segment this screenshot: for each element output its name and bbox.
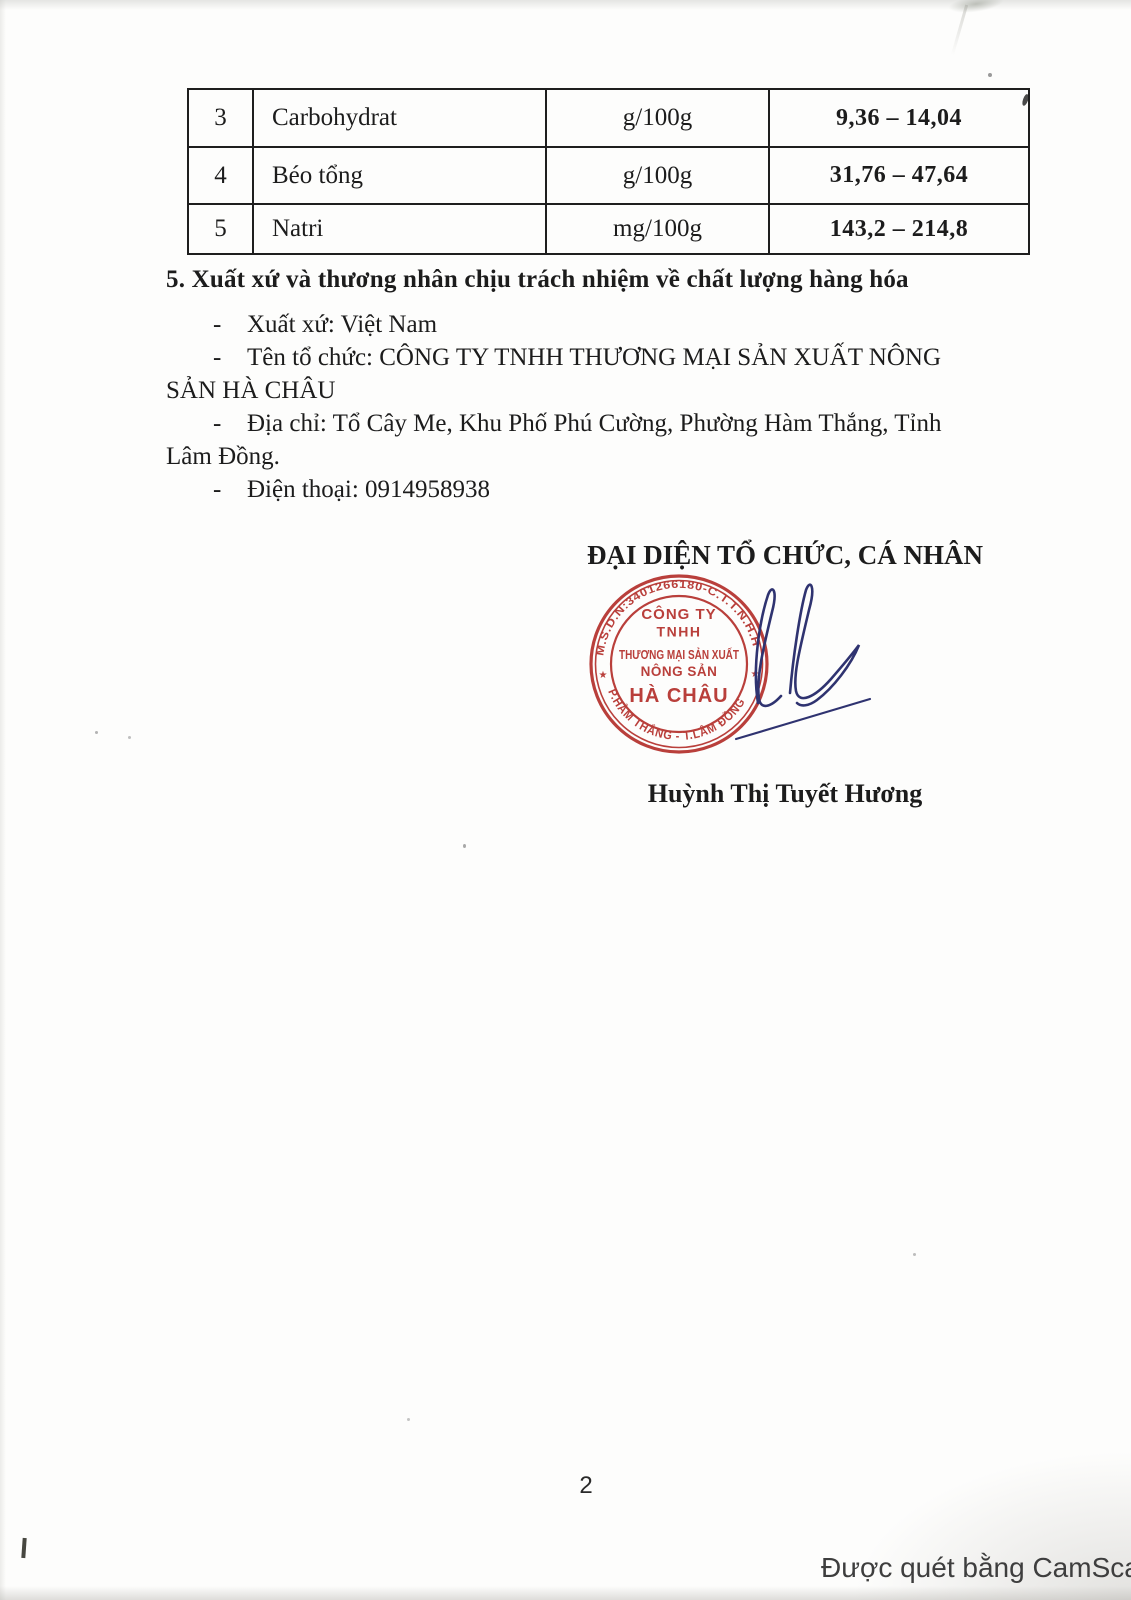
row-index-cell: 5	[188, 204, 253, 254]
star-icon: ★	[599, 670, 608, 681]
row-index-cell: 3	[188, 89, 253, 147]
origin-item-text: Tên tổ chức: CÔNG TY TNHH THƯƠNG MẠI SẢN…	[247, 344, 941, 371]
origin-item: -Tên tổ chức: CÔNG TY TNHH THƯƠNG MẠI SẢ…	[0, 341, 1131, 374]
origin-item-text: Xuất xứ: Việt Nam	[247, 311, 437, 338]
nutrient-name-cell: Béo tổng	[253, 147, 546, 204]
origin-item-continuation: Lâm Đồng.	[0, 440, 1131, 473]
handwritten-signature-ink	[700, 575, 930, 765]
unit-cell: g/100g	[546, 89, 769, 147]
bullet-dash: -	[213, 473, 247, 506]
nutrient-name-cell: Carbohydrat	[253, 89, 546, 147]
scan-speck	[128, 736, 131, 739]
origin-item: -Điện thoại: 0914958938	[0, 473, 1131, 506]
row-index-cell: 4	[188, 147, 253, 204]
origin-item: -Xuất xứ: Việt Nam	[0, 308, 1131, 341]
origin-details-list: -Xuất xứ: Việt Nam -Tên tổ chức: CÔNG TY…	[0, 308, 1131, 506]
scan-speck	[21, 1538, 26, 1558]
origin-item-text: Lâm Đồng.	[166, 443, 280, 470]
origin-item-continuation: SẢN HÀ CHÂU	[0, 374, 1131, 407]
table-row: 4 Béo tổng g/100g 31,76 – 47,64	[188, 147, 1029, 204]
stamp-company-line2: TNHH	[657, 624, 702, 640]
bullet-dash: -	[213, 407, 247, 440]
origin-item-text: Địa chỉ: Tổ Cây Me, Khu Phố Phú Cường, P…	[247, 410, 942, 437]
scan-speck	[913, 1253, 916, 1256]
unit-cell: g/100g	[546, 147, 769, 204]
nutrient-name-cell: Natri	[253, 204, 546, 254]
origin-item: -Địa chỉ: Tổ Cây Me, Khu Phố Phú Cường, …	[0, 407, 1131, 440]
value-range-cell: 9,36 – 14,04	[769, 89, 1029, 147]
scan-artifact-left-edge	[0, 0, 6, 1600]
signer-name: Huỳnh Thị Tuyết Hương	[575, 779, 995, 809]
representative-title: ĐẠI DIỆN TỔ CHỨC, CÁ NHÂN	[575, 540, 995, 571]
scan-speck	[988, 73, 992, 77]
bullet-dash: -	[213, 341, 247, 374]
bullet-dash: -	[213, 308, 247, 341]
scan-speck	[463, 844, 466, 848]
camscanner-watermark: Được quét bằng CamScanner	[821, 1552, 1131, 1584]
page-number: 2	[555, 1472, 617, 1500]
origin-item-text: SẢN HÀ CHÂU	[166, 377, 335, 404]
value-range-cell: 31,76 – 47,64	[769, 147, 1029, 204]
nutrition-table: 3 Carbohydrat g/100g 9,36 – 14,04 4 Béo …	[187, 88, 1030, 255]
table-row: 3 Carbohydrat g/100g 9,36 – 14,04	[188, 89, 1029, 147]
unit-cell: mg/100g	[546, 204, 769, 254]
scanned-page-background: 3 Carbohydrat g/100g 9,36 – 14,04 4 Béo …	[0, 0, 1131, 1600]
scan-speck	[407, 1418, 410, 1421]
table-row: 5 Natri mg/100g 143,2 – 214,8	[188, 204, 1029, 254]
value-range-cell: 143,2 – 214,8	[769, 204, 1029, 254]
origin-item-text: Điện thoại: 0914958938	[247, 476, 490, 503]
scan-speck	[95, 731, 98, 734]
section-heading: 5. Xuất xứ và thương nhân chịu trách nhi…	[166, 266, 909, 294]
